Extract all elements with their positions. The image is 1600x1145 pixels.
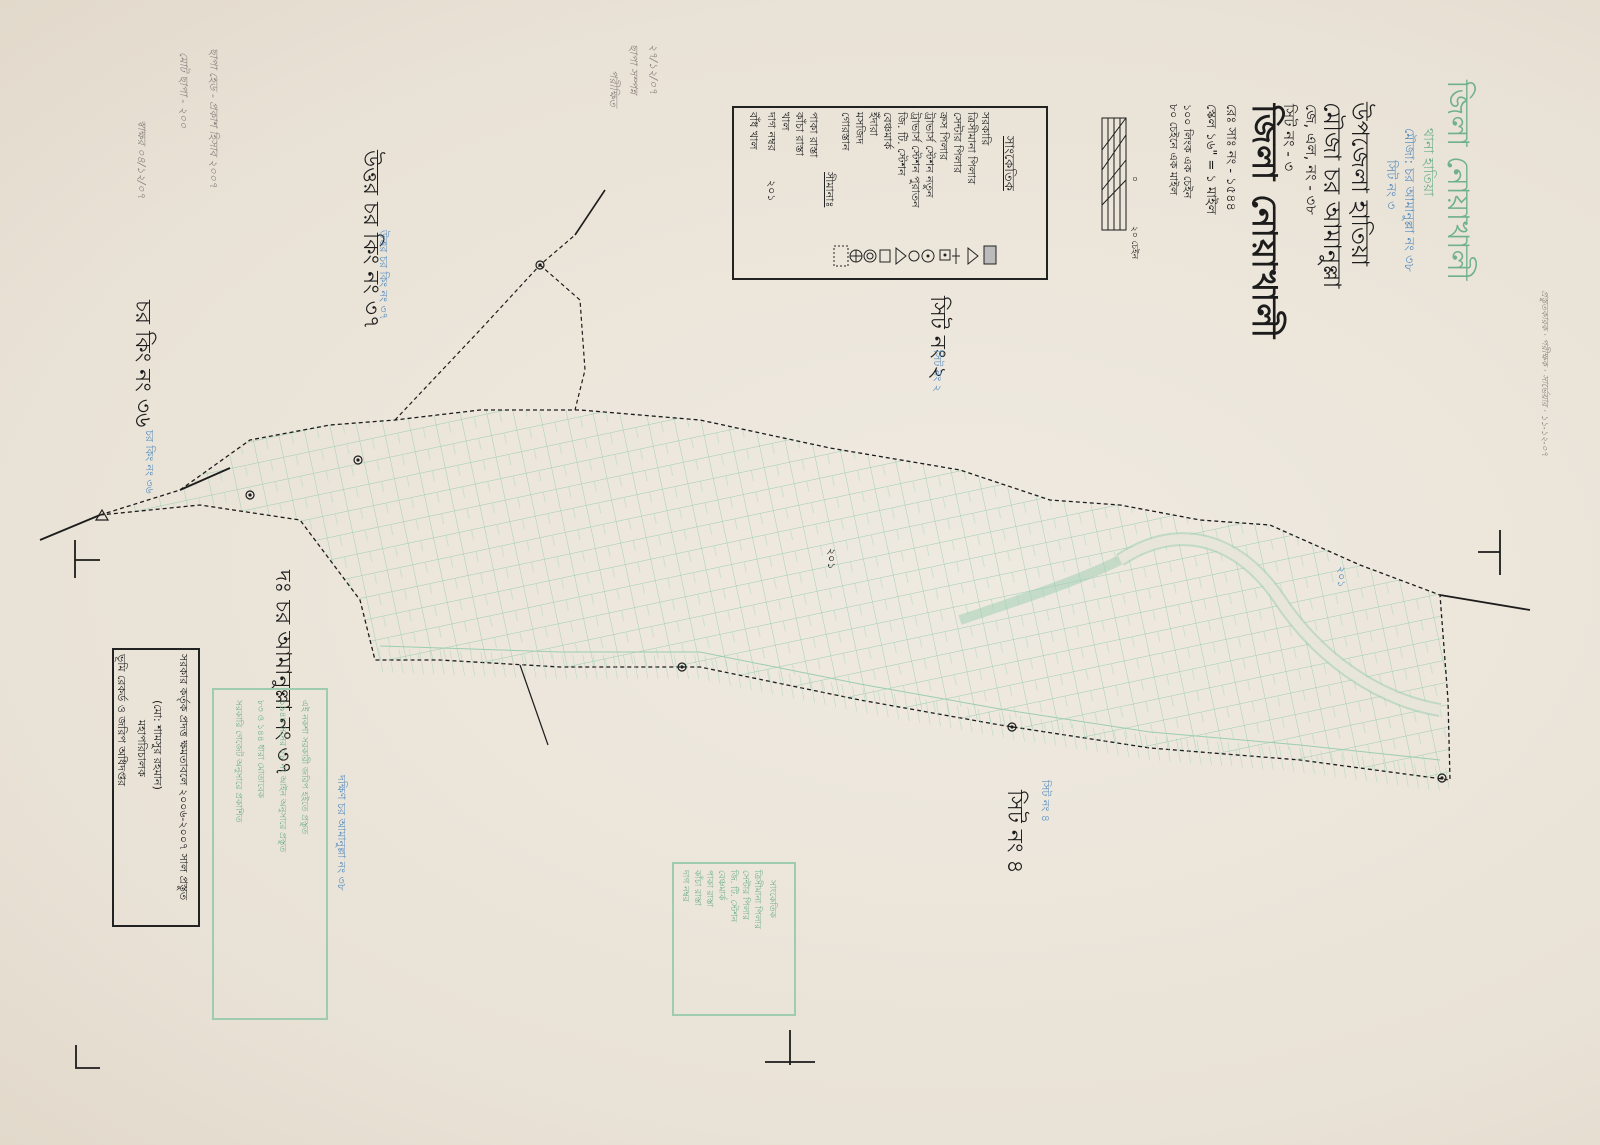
certificate-line: সরকার কর্তৃক প্রদত্ত ক্ষমতাবলে ২০০৬-২০০৭… [173,654,192,900]
green-stamp-line: ১৯৪৮ সনের ২৮ নং আইন অনুসারে প্রস্তুত [275,700,290,852]
map-sheet: উপজেলা হাতিয়া মৌজা চর আমানুল্লা জে, এল,… [0,0,1600,1145]
certificate-line: ভূমি রেকর্ড ও জরিপ অধিদপ্তর [111,654,130,786]
handwritten-note: ২৭/১২/০৭ [643,44,662,94]
certificate-line: মহাপরিচালক [131,720,150,777]
neighbor-mouza-stamp: চর কিং নং ৩৬ [139,430,158,494]
green-stamp-line: এই নকশা সরকারী জরিপ হইতে প্রস্তুত [297,700,312,834]
neighbor-mouza-label: চর কিং নং ৩৬ [123,300,160,427]
green-legend-title: সাংকেতিক [765,880,780,918]
handwritten-note: পরীক্ষিত [603,70,622,107]
handwritten-note: ছাপা হেড - প্রকাশ হিসাব ২০০৭ [203,48,222,188]
neighbor-mouza-stamp: উত্তর চর কিং নং ৩৭ [373,230,392,320]
neighbor-mouza-stamp: দক্ষিণ চর আমানুল্লা নং ৩৮ [331,775,350,891]
adjacent-sheet-label: সিট নং ৪ [995,790,1032,874]
handwritten-note: মোট ছাপা - ২০০ [173,52,192,128]
handwritten-note: ছাপা সম্পন্ন [623,44,642,94]
green-legend-item: দাগ নম্বর [678,870,693,902]
green-stamp-line: ৮৩ ও ১৪৪ ধারা মোতাবেক [253,700,268,798]
plot-number: ২০১ [821,548,840,569]
adjacent-sheet-stamp: সিট নং ২ [927,350,946,392]
adjacent-sheet-stamp: সিট নং ৪ [1035,780,1054,822]
handwritten-note: স্বাক্ষর ০৪/১২/০৭ [131,120,150,199]
green-stamp-line: সরকারি গেজেট অনুসারে প্রকাশিত [231,700,246,823]
plot-number: ২০১ [1331,566,1350,587]
